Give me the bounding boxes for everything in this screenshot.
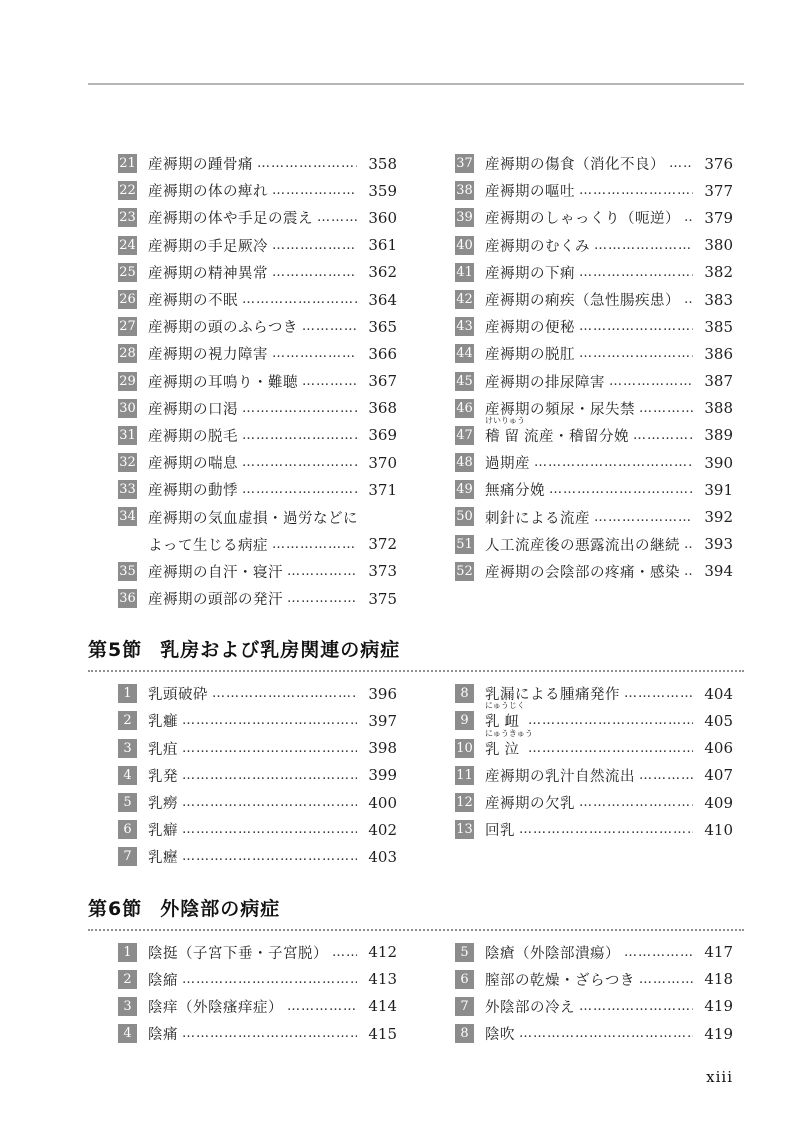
entry-title: 陰瘡（外陰部潰瘍） — [485, 942, 620, 963]
toc-column-left: 1陰挺（子宮下垂・子宮脱）4122陰縮4133陰痒（外陰瘙痒症）4144陰痛41… — [118, 939, 397, 1048]
dot-leader — [594, 510, 693, 525]
section-heading-title: 外陰部の病症 — [160, 898, 280, 920]
entry-page-number: 383 — [699, 291, 733, 309]
entry-body: 乳癰397 — [148, 707, 397, 734]
entry-line-2: よって生じる病症372 — [148, 531, 397, 558]
entry-body: 陰挺（子宮下垂・子宮脱）412 — [148, 939, 397, 966]
entry-number-badge: 45 — [455, 372, 474, 391]
entry-line: 産褥期の会陰部の疼痛・感染394 — [485, 558, 733, 585]
toc-content: 21産褥期の踵骨痛35822産褥期の体の痺れ35923産褥期の体や手足の震え36… — [88, 142, 744, 1047]
entry-page-number: 406 — [699, 739, 733, 757]
dot-leader — [287, 564, 357, 579]
entry-title: 産褥期の嘔吐 — [485, 180, 575, 201]
entry-number-badge: 39 — [455, 208, 474, 227]
toc-entry: 34産褥期の気血虚損・過労などによって生じる病症372 — [118, 503, 397, 557]
entry-page-number: 373 — [363, 562, 397, 580]
dot-leader — [519, 822, 693, 837]
entry-body: 産褥期の視力障害366 — [148, 340, 397, 367]
entry-page-number: 403 — [363, 848, 397, 866]
entry-title: 乳疽 — [148, 738, 178, 759]
entry-line: 産褥期の便秘385 — [485, 313, 733, 340]
entry-page-number: 398 — [363, 739, 397, 757]
toc-entry: 5陰瘡（外陰部潰瘍）417 — [455, 939, 733, 966]
entry-line: 産褥期の動悸371 — [148, 476, 397, 503]
entry-body: 産褥期の欠乳409 — [485, 789, 733, 816]
dot-leader — [182, 713, 357, 728]
entry-number-badge: 4 — [118, 766, 137, 785]
entry-number-badge: 8 — [455, 1024, 474, 1043]
entry-page-number: 418 — [699, 970, 733, 988]
dot-leader — [624, 686, 693, 701]
entry-page-number: 409 — [699, 794, 733, 812]
entry-number-badge: 7 — [118, 847, 137, 866]
entry-body: 乳癧403 — [148, 843, 397, 870]
entry-page-number: 368 — [363, 399, 397, 417]
entry-body: 稽留けいりゅう流産・稽留分娩389 — [485, 422, 733, 449]
page-number: xiii — [706, 1068, 733, 1086]
dot-leader — [579, 319, 693, 334]
entry-line: 乳発399 — [148, 762, 397, 789]
entry-page-number: 414 — [363, 997, 397, 1015]
entry-number-badge: 40 — [455, 236, 474, 255]
entry-body: 産褥期のしゃっくり（呃逆）379 — [485, 204, 733, 231]
entry-number-badge: 42 — [455, 290, 474, 309]
entry-number-badge: 5 — [118, 793, 137, 812]
entry-title: 産褥期の自汗・寝汗 — [148, 561, 283, 582]
entry-body: 回乳410 — [485, 816, 733, 843]
entry-body: 産褥期の踵骨痛358 — [148, 150, 397, 177]
dot-leader — [242, 428, 357, 443]
entry-body: 産褥期の手足厥冷361 — [148, 232, 397, 259]
entry-page-number: 382 — [699, 263, 733, 281]
entry-line: 陰痛415 — [148, 1020, 397, 1047]
entry-number-badge: 2 — [118, 970, 137, 989]
entry-body: 産褥期の動悸371 — [148, 476, 397, 503]
entry-body: 陰痛415 — [148, 1020, 397, 1047]
entry-body: 外陰部の冷え419 — [485, 993, 733, 1020]
entry-title: 陰痛 — [148, 1023, 178, 1044]
dot-leader — [528, 741, 693, 756]
entry-page-number: 402 — [363, 821, 397, 839]
entry-number-badge: 29 — [118, 372, 137, 391]
entry-page-number: 412 — [363, 943, 397, 961]
entry-page-number: 394 — [699, 562, 733, 580]
entry-page-number: 362 — [363, 263, 397, 281]
entry-body: 陰吹419 — [485, 1020, 733, 1047]
entry-number-badge: 41 — [455, 263, 474, 282]
entry-body: 陰痒（外陰瘙痒症）414 — [148, 993, 397, 1020]
entry-page-number: 361 — [363, 236, 397, 254]
dot-leader — [519, 1026, 693, 1041]
dot-leader — [287, 591, 357, 606]
toc-column-left: 21産褥期の踵骨痛35822産褥期の体の痺れ35923産褥期の体や手足の震え36… — [118, 150, 397, 612]
toc-entry: 40産褥期のむくみ380 — [455, 232, 733, 259]
entry-line: 乳頭破砕396 — [148, 680, 397, 707]
entry-title: 産褥期の耳鳴り・難聴 — [148, 371, 298, 392]
entry-title: 産褥期の動悸 — [148, 479, 238, 500]
dot-leader — [579, 999, 693, 1014]
dot-leader — [272, 183, 357, 198]
entry-title: 産褥期の精神異常 — [148, 262, 268, 283]
entry-title: 産褥期の排尿障害 — [485, 371, 605, 392]
entry-title: 乳癖 — [148, 819, 178, 840]
toc-entry: 1乳頭破砕396 — [118, 680, 397, 707]
dot-leader — [257, 156, 357, 171]
dot-leader — [272, 346, 357, 361]
entry-title: 産褥期の頭のふらつき — [148, 316, 298, 337]
dot-leader — [684, 564, 693, 579]
entry-line: 産褥期の体や手足の震え360 — [148, 204, 397, 231]
dot-leader — [684, 537, 693, 552]
entry-body: 人工流産後の悪露流出の継続393 — [485, 531, 733, 558]
entry-line: 産褥期の不眠364 — [148, 286, 397, 313]
entry-number-badge: 24 — [118, 236, 137, 255]
entry-body: 膣部の乾燥・ざらつき418 — [485, 966, 733, 993]
entry-title: 産褥期の脱毛 — [148, 425, 238, 446]
toc-entry: 35産褥期の自汗・寝汗373 — [118, 558, 397, 585]
entry-body: 産褥期の体の痺れ359 — [148, 177, 397, 204]
entry-body: 陰瘡（外陰部潰瘍）417 — [485, 939, 733, 966]
toc-entry: 30産褥期の口渇368 — [118, 395, 397, 422]
entry-page-number: 399 — [363, 766, 397, 784]
entry-title: 陰痒（外陰瘙痒症） — [148, 996, 283, 1017]
dot-leader — [302, 374, 357, 389]
entry-line: 刺針による流産392 — [485, 503, 733, 530]
entry-body: 刺針による流産392 — [485, 503, 733, 530]
toc-entry: 24産褥期の手足厥冷361 — [118, 232, 397, 259]
entry-page-number: 405 — [699, 712, 733, 730]
entry-body: 乳泣にゅうきゅう406 — [485, 735, 733, 762]
toc-entry: 12産褥期の欠乳409 — [455, 789, 733, 816]
entry-number-badge: 30 — [118, 399, 137, 418]
toc-entry: 3陰痒（外陰瘙痒症）414 — [118, 993, 397, 1020]
dot-leader — [182, 849, 357, 864]
entry-body: 産褥期の耳鳴り・難聴367 — [148, 368, 397, 395]
entry-number-badge: 8 — [455, 684, 474, 703]
toc-entry: 36産褥期の頭部の発汗375 — [118, 585, 397, 612]
entry-title: 人工流産後の悪露流出の継続 — [485, 534, 680, 555]
entry-line: 乳癖402 — [148, 816, 397, 843]
section-heading: 第6節外陰部の病症 — [88, 897, 744, 931]
entry-page-number: 358 — [363, 155, 397, 173]
entry-body: 産褥期の気血虚損・過労などによって生じる病症372 — [148, 503, 397, 557]
entry-page-number: 415 — [363, 1025, 397, 1043]
toc-entry: 1陰挺（子宮下垂・子宮脱）412 — [118, 939, 397, 966]
entry-page-number: 359 — [363, 182, 397, 200]
entry-page-number: 380 — [699, 236, 733, 254]
entry-line: 乳癰397 — [148, 707, 397, 734]
entry-title: 陰吹 — [485, 1023, 515, 1044]
toc-entry: 26産褥期の不眠364 — [118, 286, 397, 313]
toc-entry: 39産褥期のしゃっくり（呃逆）379 — [455, 204, 733, 231]
entry-page-number: 417 — [699, 943, 733, 961]
entry-number-badge: 34 — [118, 507, 137, 526]
entry-title: 産褥期の欠乳 — [485, 792, 575, 813]
dot-leader — [182, 768, 357, 783]
entry-number-badge: 5 — [455, 943, 474, 962]
dot-leader — [579, 183, 693, 198]
entry-number-badge: 1 — [118, 684, 137, 703]
entry-number-badge: 35 — [118, 562, 137, 581]
entry-line: 産褥期の嘔吐377 — [485, 177, 733, 204]
entry-number-badge: 23 — [118, 208, 137, 227]
toc-entry: 23産褥期の体や手足の震え360 — [118, 204, 397, 231]
entry-line: 産褥期の欠乳409 — [485, 789, 733, 816]
entry-page-number: 396 — [363, 685, 397, 703]
entry-number-badge: 10 — [455, 739, 474, 758]
entry-number-badge: 9 — [455, 711, 474, 730]
entry-title: 膣部の乾燥・ざらつき — [485, 969, 635, 990]
entry-line: 陰痒（外陰瘙痒症）414 — [148, 993, 397, 1020]
entry-body: 産褥期の自汗・寝汗373 — [148, 558, 397, 585]
entry-line: 産褥期の踵骨痛358 — [148, 150, 397, 177]
entry-number-badge: 6 — [118, 820, 137, 839]
entry-number-badge: 36 — [118, 589, 137, 608]
toc-entry: 47稽留けいりゅう流産・稽留分娩389 — [455, 422, 733, 449]
header-rule — [88, 83, 744, 85]
toc-entry: 22産褥期の体の痺れ359 — [118, 177, 397, 204]
entry-page-number: 367 — [363, 372, 397, 390]
section-heading-label: 第6節 — [88, 898, 142, 920]
toc-entry: 51人工流産後の悪露流出の継続393 — [455, 531, 733, 558]
entry-body: 産褥期の下痢382 — [485, 259, 733, 286]
entry-page-number: 386 — [699, 345, 733, 363]
dot-leader — [182, 972, 357, 987]
entry-title: 乳癰 — [148, 710, 178, 731]
toc-columns: 1乳頭破砕3962乳癰3973乳疽3984乳発3995乳癆4006乳癖4027乳… — [88, 680, 744, 870]
toc-entry: 2陰縮413 — [118, 966, 397, 993]
entry-number-badge: 46 — [455, 399, 474, 418]
entry-number-badge: 6 — [455, 970, 474, 989]
entry-number-badge: 33 — [118, 480, 137, 499]
entry-number-badge: 1 — [118, 943, 137, 962]
entry-number-badge: 28 — [118, 344, 137, 363]
entry-title: 産褥期の頭部の発汗 — [148, 588, 283, 609]
entry-page-number: 419 — [699, 997, 733, 1015]
entry-ruby-text: にゅうじく — [485, 702, 524, 710]
entry-line: 産褥期のしゃっくり（呃逆）379 — [485, 204, 733, 231]
entry-body: 産褥期の体や手足の震え360 — [148, 204, 397, 231]
entry-line: 産褥期の頭部の発汗375 — [148, 585, 397, 612]
entry-ruby-base: 乳泣にゅうきゅう — [485, 738, 524, 759]
entry-title: 回乳 — [485, 819, 515, 840]
toc-entry: 52産褥期の会陰部の疼痛・感染394 — [455, 558, 733, 585]
dot-leader — [579, 795, 693, 810]
toc-entry: 32産褥期の喘息370 — [118, 449, 397, 476]
entry-title: 産褥期の痢疾（急性腸疾患） — [485, 289, 680, 310]
dot-leader — [639, 401, 693, 416]
entry-line: 産褥期のむくみ380 — [485, 232, 733, 259]
toc-entry: 42産褥期の痢疾（急性腸疾患）383 — [455, 286, 733, 313]
toc-entry: 10乳泣にゅうきゅう406 — [455, 735, 733, 762]
toc-column-left: 1乳頭破砕3962乳癰3973乳疽3984乳発3995乳癆4006乳癖4027乳… — [118, 680, 397, 870]
entry-line: 陰挺（子宮下垂・子宮脱）412 — [148, 939, 397, 966]
toc-entry: 41産褥期の下痢382 — [455, 259, 733, 286]
dot-leader — [317, 210, 357, 225]
entry-page-number: 369 — [363, 426, 397, 444]
entry-ruby-text: けいりゅう — [485, 417, 524, 425]
entry-page-number: 413 — [363, 970, 397, 988]
dot-leader — [287, 999, 357, 1014]
entry-page-number: 385 — [699, 318, 733, 336]
entry-number-badge: 49 — [455, 480, 474, 499]
entry-body: 産褥期の乳汁自然流出407 — [485, 762, 733, 789]
toc-column-right: 8乳漏による腫痛発作4049乳衄にゅうじく40510乳泣にゅうきゅう40611産… — [455, 680, 733, 870]
entry-line: 産褥期の傷食（消化不良）376 — [485, 150, 733, 177]
dot-leader — [684, 210, 693, 225]
entry-body: 過期産390 — [485, 449, 733, 476]
entry-line: 産褥期の体の痺れ359 — [148, 177, 397, 204]
dot-leader — [624, 945, 693, 960]
toc-entry: 50刺針による流産392 — [455, 503, 733, 530]
entry-page-number: 397 — [363, 712, 397, 730]
toc-entry: 27産褥期の頭のふらつき365 — [118, 313, 397, 340]
entry-body: 無痛分娩391 — [485, 476, 733, 503]
toc-columns: 1陰挺（子宮下垂・子宮脱）4122陰縮4133陰痒（外陰瘙痒症）4144陰痛41… — [88, 939, 744, 1048]
entry-page-number: 393 — [699, 535, 733, 553]
toc-entry: 48過期産390 — [455, 449, 733, 476]
entry-title: 陰挺（子宮下垂・子宮脱） — [148, 942, 328, 963]
entry-ruby-base: 稽留けいりゅう — [485, 425, 524, 446]
entry-body: 乳癖402 — [148, 816, 397, 843]
entry-line: 産褥期の自汗・寝汗373 — [148, 558, 397, 585]
entry-number-badge: 44 — [455, 344, 474, 363]
dot-leader — [639, 972, 693, 987]
entry-number-badge: 27 — [118, 317, 137, 336]
entry-number-badge: 43 — [455, 317, 474, 336]
dot-leader — [272, 265, 357, 280]
entry-number-badge: 7 — [455, 997, 474, 1016]
entry-number-badge: 37 — [455, 154, 474, 173]
entry-line: 産褥期の口渇368 — [148, 395, 397, 422]
entry-title: 産褥期の口渇 — [148, 398, 238, 419]
dot-leader — [182, 822, 357, 837]
entry-line: 外陰部の冷え419 — [485, 993, 733, 1020]
toc-entry: 6膣部の乾燥・ざらつき418 — [455, 966, 733, 993]
toc-entry: 25産褥期の精神異常362 — [118, 259, 397, 286]
entry-number-badge: 3 — [118, 739, 137, 758]
entry-number-badge: 25 — [118, 263, 137, 282]
toc-entry: 21産褥期の踵骨痛358 — [118, 150, 397, 177]
entry-body: 乳頭破砕396 — [148, 680, 397, 707]
entry-title: 産褥期の傷食（消化不良） — [485, 153, 665, 174]
toc-entry: 33産褥期の動悸371 — [118, 476, 397, 503]
dot-leader — [528, 713, 693, 728]
entry-title: 外陰部の冷え — [485, 996, 575, 1017]
entry-page-number: 365 — [363, 318, 397, 336]
entry-title: 産褥期の乳汁自然流出 — [485, 765, 635, 786]
toc-entry: 13回乳410 — [455, 816, 733, 843]
dot-leader — [182, 741, 357, 756]
toc-entry: 4陰痛415 — [118, 1020, 397, 1047]
entry-body: 乳疽398 — [148, 735, 397, 762]
dot-leader — [594, 238, 693, 253]
toc-entry: 28産褥期の視力障害366 — [118, 340, 397, 367]
toc-entry: 38産褥期の嘔吐377 — [455, 177, 733, 204]
entry-title: 産褥期の便秘 — [485, 316, 575, 337]
dot-leader — [242, 455, 357, 470]
entry-number-badge: 13 — [455, 820, 474, 839]
entry-number-badge: 32 — [118, 453, 137, 472]
toc-entry: 4乳発399 — [118, 762, 397, 789]
entry-body: 産褥期のむくみ380 — [485, 232, 733, 259]
entry-body: 産褥期の脱毛369 — [148, 422, 397, 449]
toc-entry: 31産褥期の脱毛369 — [118, 422, 397, 449]
entry-page-number: 407 — [699, 766, 733, 784]
entry-title: 産褥期の喘息 — [148, 452, 238, 473]
entry-line: 人工流産後の悪露流出の継続393 — [485, 531, 733, 558]
entry-page-number: 371 — [363, 481, 397, 499]
entry-number-badge: 21 — [118, 154, 137, 173]
entry-body: 産褥期の排尿障害387 — [485, 368, 733, 395]
entry-body: 産褥期の頭のふらつき365 — [148, 313, 397, 340]
entry-title: 産褥期の踵骨痛 — [148, 153, 253, 174]
dot-leader — [182, 795, 357, 810]
entry-line: 無痛分娩391 — [485, 476, 733, 503]
entry-line: 乳疽398 — [148, 735, 397, 762]
entry-line: 乳癆400 — [148, 789, 397, 816]
entry-number-badge: 52 — [455, 562, 474, 581]
entry-body: 陰縮413 — [148, 966, 397, 993]
toc-entry: 45産褥期の排尿障害387 — [455, 368, 733, 395]
toc-entry: 6乳癖402 — [118, 816, 397, 843]
entry-body: 産褥期の頭部の発汗375 — [148, 585, 397, 612]
entry-title: 産褥期の気血虚損・過労などに — [148, 507, 358, 528]
toc-column-right: 5陰瘡（外陰部潰瘍）4176膣部の乾燥・ざらつき4187外陰部の冷え4198陰吹… — [455, 939, 733, 1048]
toc-entry: 29産褥期の耳鳴り・難聴367 — [118, 368, 397, 395]
entry-number-badge: 3 — [118, 997, 137, 1016]
entry-line: 稽留けいりゅう流産・稽留分娩389 — [485, 422, 733, 449]
entry-number-badge: 2 — [118, 711, 137, 730]
entry-title: 産褥期の手足厥冷 — [148, 235, 268, 256]
entry-line: 産褥期の排尿障害387 — [485, 368, 733, 395]
entry-line: 産褥期の乳汁自然流出407 — [485, 762, 733, 789]
entry-title: 乳発 — [148, 765, 178, 786]
entry-line: 産褥期の精神異常362 — [148, 259, 397, 286]
entry-page-number: 376 — [699, 155, 733, 173]
entry-page-number: 419 — [699, 1025, 733, 1043]
entry-number-badge: 11 — [455, 766, 474, 785]
entry-title: 無痛分娩 — [485, 479, 545, 500]
entry-body: 産褥期の傷食（消化不良）376 — [485, 150, 733, 177]
entry-page-number: 375 — [363, 590, 397, 608]
dot-leader — [212, 686, 357, 701]
entry-page-number: 364 — [363, 291, 397, 309]
dot-leader — [609, 374, 693, 389]
entry-title: 乳癧 — [148, 846, 178, 867]
entry-page-number: 377 — [699, 182, 733, 200]
entry-line: 産褥期の耳鳴り・難聴367 — [148, 368, 397, 395]
entry-title: 産褥期の体の痺れ — [148, 180, 268, 201]
toc-entry: 7乳癧403 — [118, 843, 397, 870]
entry-body: 産褥期の嘔吐377 — [485, 177, 733, 204]
toc-entry: 43産褥期の便秘385 — [455, 313, 733, 340]
toc-entry: 5乳癆400 — [118, 789, 397, 816]
entry-title: 産褥期の会陰部の疼痛・感染 — [485, 561, 680, 582]
entry-line: 陰縮413 — [148, 966, 397, 993]
entry-title: 産褥期の不眠 — [148, 289, 238, 310]
entry-title: 過期産 — [485, 452, 530, 473]
toc-entry: 11産褥期の乳汁自然流出407 — [455, 762, 733, 789]
entry-page-number: 391 — [699, 481, 733, 499]
dot-leader — [272, 238, 357, 253]
toc-entry: 37産褥期の傷食（消化不良）376 — [455, 150, 733, 177]
entry-number-badge: 31 — [118, 426, 137, 445]
entry-line: 産褥期の脱肛386 — [485, 340, 733, 367]
entry-line: 産褥期の喘息370 — [148, 449, 397, 476]
dot-leader — [633, 428, 693, 443]
toc-entry: 2乳癰397 — [118, 707, 397, 734]
